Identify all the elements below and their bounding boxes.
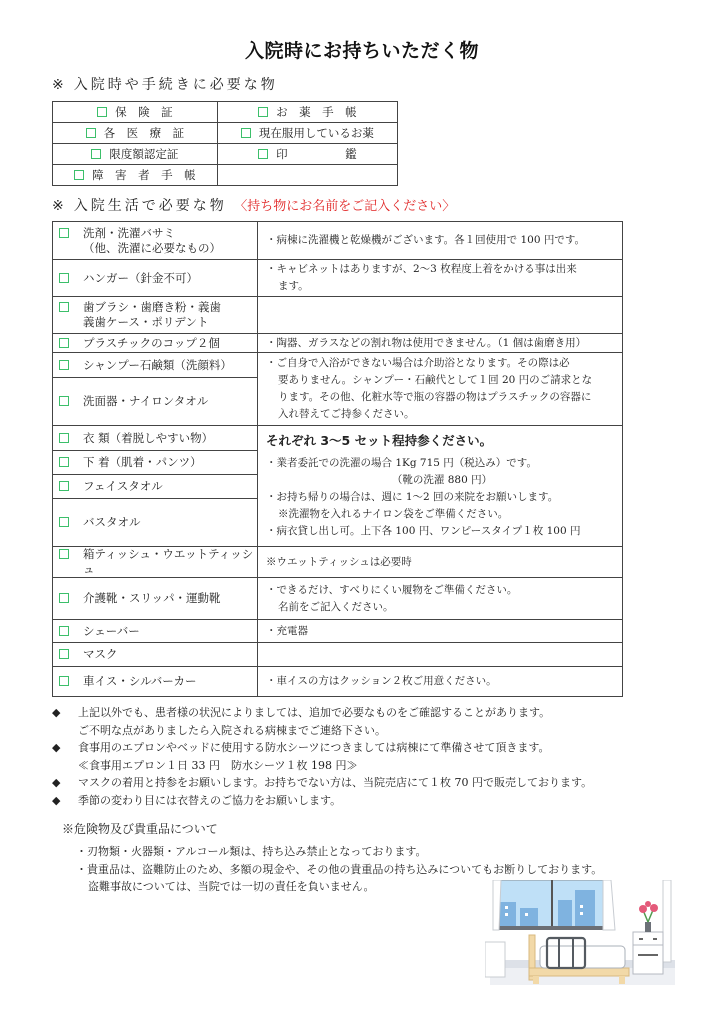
diamond-icon: ◆ (52, 704, 78, 739)
checkbox-icon[interactable] (258, 149, 268, 159)
table-row: 洗剤・洗濯バサミ（他、洗濯に必要なもの） ・病棟に洗濯機と乾燥機がございます。各… (53, 222, 623, 260)
diamond-icon: ◆ (52, 792, 78, 810)
item-label: プラスチックのコップ２個 (83, 336, 220, 351)
item-label: 印 鑑 (276, 147, 357, 161)
note-text: ります。その他、化粧水等で瓶の容器の物はプラスチックの容器に (266, 389, 618, 406)
item-label: 介護靴・スリッパ・運動靴 (83, 591, 221, 606)
item-cell[interactable]: 介護靴・スリッパ・運動靴 (53, 578, 258, 620)
checkbox-icon[interactable] (59, 649, 69, 659)
item-cell[interactable]: バスタオル (53, 499, 258, 547)
section1-heading: ※入院時や手続きに必要な物 (52, 74, 278, 94)
valuables-line: ・刃物類・火器類・アルコール類は、持ち込み禁止となっております。 (76, 843, 716, 861)
item-label: 限度額認定証 (109, 147, 178, 161)
item-cell[interactable]: ハンガー（針金不可） (53, 260, 258, 297)
item-label: 衣 類（着脱しやすい物） (83, 431, 213, 446)
note-text: ・できるだけ、すべりにくい履物をご準備ください。 (266, 582, 618, 599)
valuables-line: ・貴重品は、盗難防止のため、多額の現金や、その他の貴重品の持ち込みについてもお断… (76, 861, 716, 879)
reference-mark: ※ (52, 198, 64, 214)
table-row: プラスチックのコップ２個 ・陶器、ガラスなどの割れ物は使用できません。（1 個は… (53, 334, 623, 353)
note-cell: それぞれ 3〜5 セット程持参ください。 ・業者委託での洗濯の場合 1Kg 71… (258, 426, 623, 547)
item-cell[interactable]: プラスチックのコップ２個 (53, 334, 258, 353)
table-row: 限度額認定証 印 鑑 (53, 144, 398, 165)
note-text: 名前をご記入ください。 (266, 599, 618, 616)
item-cell[interactable]: 箱ティッシュ・ウエットティッシュ (53, 547, 258, 578)
note-text: （靴の洗濯 880 円） (266, 472, 618, 489)
table-row: シャンプー石鹸類（洗顔料） ・ご自身で入浴ができない場合は介助浴となります。その… (53, 353, 623, 378)
notice-item: ◆マスクの着用と持参をお願いします。お持ちでない方は、当院売店にて１枚 70 円… (52, 774, 692, 792)
note-text: ・ご自身で入浴ができない場合は介助浴となります。その際は必 (266, 355, 618, 372)
checkbox-icon[interactable] (59, 457, 69, 467)
note-text: ・陶器、ガラスなどの割れ物は使用できません。（1 個は歯磨き用） (266, 337, 586, 349)
checkbox-icon[interactable] (59, 338, 69, 348)
table-cell[interactable]: 印 鑑 (217, 144, 397, 165)
checkbox-icon[interactable] (97, 107, 107, 117)
item-label: 現在服用しているお薬 (259, 126, 374, 140)
item-cell[interactable]: マスク (53, 643, 258, 667)
notice-text: 食事用のエプロンやベッドに使用する防水シーツにつきましては病棟にて準備させて頂き… (78, 739, 549, 757)
note-cell: ・キャビネットはありますが、2〜3 枚程度上着をかける事は出来ます。 (258, 260, 623, 297)
note-cell: ※ウエットティッシュは必要時 (258, 547, 623, 578)
note-text: ・病棟に洗濯機と乾燥機がございます。各１回使用で 100 円です。 (266, 234, 585, 246)
note-text: ・車イスの方はクッション２枚ご用意ください。 (266, 675, 497, 687)
note-cell (258, 297, 623, 334)
item-cell[interactable]: 歯ブラシ・歯磨き粉・義歯義歯ケース・ポリデント (53, 297, 258, 334)
checkbox-icon[interactable] (59, 433, 69, 443)
item-cell[interactable]: フェイスタオル (53, 475, 258, 499)
table-row: 障 害 者 手 帳 (53, 165, 398, 186)
note-emphasis: それぞれ 3〜5 セット程持参ください。 (266, 432, 618, 449)
notice-text: マスクの着用と持参をお願いします。お持ちでない方は、当院売店にて１枚 70 円で… (78, 774, 592, 792)
note-text: ・業者委託での洗濯の場合 1Kg 715 円（税込み）です。 (266, 455, 618, 472)
note-text: ・充電器 (266, 625, 308, 637)
item-cell[interactable]: 下 着（肌着・パンツ） (53, 451, 258, 475)
note-cell: ・車イスの方はクッション２枚ご用意ください。 (258, 667, 623, 697)
notice-item: ◆上記以外でも、患者様の状況によりましては、追加で必要なものをご確認することがあ… (52, 704, 692, 739)
note-cell: ・充電器 (258, 620, 623, 643)
item-cell[interactable]: 洗面器・ナイロンタオル (53, 378, 258, 426)
table-cell[interactable]: 障 害 者 手 帳 (53, 165, 218, 186)
checkbox-icon[interactable] (59, 228, 69, 238)
note-text: ※洗濯物を入れるナイロン袋をご準備ください。 (266, 506, 618, 523)
checkbox-icon[interactable] (59, 593, 69, 603)
note-text: ・キャビネットはありますが、2〜3 枚程度上着をかける事は出来 (266, 261, 618, 278)
table-cell[interactable]: 各 医 療 証 (53, 123, 218, 144)
item-label: バスタオル (83, 515, 141, 530)
item-label: 下 着（肌着・パンツ） (83, 455, 202, 470)
item-cell[interactable]: 衣 類（着脱しやすい物） (53, 426, 258, 451)
table-row: 車イス・シルバーカー ・車イスの方はクッション２枚ご用意ください。 (53, 667, 623, 697)
note-text: ・病衣貸し出し可。上下各 100 円、ワンピースタイプ１枚 100 円 (266, 523, 618, 540)
table-row: ハンガー（針金不可） ・キャビネットはありますが、2〜3 枚程度上着をかける事は… (53, 260, 623, 297)
checkbox-icon[interactable] (91, 149, 101, 159)
table-row: 各 医 療 証 現在服用しているお薬 (53, 123, 398, 144)
table-row: 保 険 証 お 薬 手 帳 (53, 102, 398, 123)
checkbox-icon[interactable] (59, 549, 69, 559)
note-cell: ・ご自身で入浴ができない場合は介助浴となります。その際は必 要ありません。シャン… (258, 353, 623, 426)
checkbox-icon[interactable] (258, 107, 268, 117)
section2-heading: ※入院生活で必要な物 〈持ち物にお名前をご記入ください〉 (52, 195, 455, 215)
checkbox-icon[interactable] (59, 302, 69, 312)
hospital-life-items-table: 洗剤・洗濯バサミ（他、洗濯に必要なもの） ・病棟に洗濯機と乾燥機がございます。各… (52, 221, 623, 697)
note-cell: ・病棟に洗濯機と乾燥機がございます。各１回使用で 100 円です。 (258, 222, 623, 260)
item-cell[interactable]: 車イス・シルバーカー (53, 667, 258, 697)
note-text: ・お持ち帰りの場合は、週に 1〜2 回の来院をお願いします。 (266, 489, 618, 506)
table-cell[interactable]: 現在服用しているお薬 (217, 123, 397, 144)
section1-heading-text: 入院時や手続きに必要な物 (74, 77, 278, 93)
note-cell: ・できるだけ、すべりにくい履物をご準備ください。名前をご記入ください。 (258, 578, 623, 620)
item-label: 箱ティッシュ・ウエットティッシュ (83, 547, 257, 577)
item-label: ハンガー（針金不可） (83, 271, 198, 286)
item-cell[interactable]: シェーバー (53, 620, 258, 643)
table-row: 介護靴・スリッパ・運動靴 ・できるだけ、すべりにくい履物をご準備ください。名前を… (53, 578, 623, 620)
item-sublabel: （他、洗濯に必要なもの） (83, 241, 221, 256)
notice-text: 季節の変わり目には衣替えのご協力をお願いします。 (78, 792, 341, 810)
item-label: マスク (83, 647, 118, 662)
notice-text: ご不明な点がありましたら入院される病棟までご連絡下さい。 (78, 722, 550, 740)
checkbox-icon[interactable] (74, 170, 84, 180)
table-row: シェーバー ・充電器 (53, 620, 623, 643)
item-cell[interactable]: シャンプー石鹸類（洗顔料） (53, 353, 258, 378)
empty-cell (217, 165, 397, 186)
hospital-room-illustration (485, 880, 675, 990)
notice-text: ≪食事用エプロン１日 33 円 防水シーツ１枚 198 円≫ (78, 757, 549, 775)
item-label: シャンプー石鹸類（洗顔料） (83, 358, 232, 373)
reference-mark: ※ (52, 77, 64, 93)
notice-item: ◆食事用のエプロンやベッドに使用する防水シーツにつきましては病棟にて準備させて頂… (52, 739, 692, 774)
note-cell (258, 643, 623, 667)
note-cell: ・陶器、ガラスなどの割れ物は使用できません。（1 個は歯磨き用） (258, 334, 623, 353)
table-cell[interactable]: 保 険 証 (53, 102, 218, 123)
table-row: マスク (53, 643, 623, 667)
item-label: 各 医 療 証 (104, 126, 185, 140)
item-label: 歯ブラシ・歯磨き粉・義歯 (83, 300, 221, 315)
item-label: 保 険 証 (115, 105, 173, 119)
item-label: フェイスタオル (83, 479, 163, 494)
checkbox-icon[interactable] (59, 396, 69, 406)
note-text: ます。 (266, 278, 618, 295)
note-text: 要ありません。シャンプー・石鹸代として１回 20 円のご請求とな (266, 372, 618, 389)
item-label: シェーバー (83, 624, 140, 639)
section2-heading-text: 入院生活で必要な物 (74, 198, 227, 214)
checkbox-icon[interactable] (59, 481, 69, 491)
note-text: 入れ替えてご持参ください。 (266, 406, 618, 423)
diamond-icon: ◆ (52, 774, 78, 792)
valuables-heading: ※危険物及び貴重品について (62, 820, 218, 837)
checkbox-icon[interactable] (59, 626, 69, 636)
table-cell[interactable]: お 薬 手 帳 (217, 102, 397, 123)
table-cell[interactable]: 限度額認定証 (53, 144, 218, 165)
note-text: ※ウエットティッシュは必要時 (266, 556, 412, 568)
checkbox-icon[interactable] (59, 273, 69, 283)
item-label: 障 害 者 手 帳 (92, 168, 196, 182)
notice-list: ◆上記以外でも、患者様の状況によりましては、追加で必要なものをご確認することがあ… (52, 704, 692, 809)
table-row: 衣 類（着脱しやすい物） それぞれ 3〜5 セット程持参ください。 ・業者委託で… (53, 426, 623, 451)
checkbox-icon[interactable] (59, 517, 69, 527)
item-label: 洗面器・ナイロンタオル (83, 394, 208, 409)
table-row: 箱ティッシュ・ウエットティッシュ ※ウエットティッシュは必要時 (53, 547, 623, 578)
table-row: 歯ブラシ・歯磨き粉・義歯義歯ケース・ポリデント (53, 297, 623, 334)
checkbox-icon[interactable] (241, 128, 251, 138)
checkbox-icon[interactable] (86, 128, 96, 138)
page-title: 入院時にお持ちいただく物 (0, 36, 724, 63)
item-label: 車イス・シルバーカー (83, 674, 197, 689)
diamond-icon: ◆ (52, 739, 78, 774)
notice-text: 上記以外でも、患者様の状況によりましては、追加で必要なものをご確認することがあり… (78, 704, 550, 722)
checkbox-icon[interactable] (59, 360, 69, 370)
name-label-note: 〈持ち物にお名前をご記入ください〉 (234, 199, 455, 214)
checkbox-icon[interactable] (59, 676, 69, 686)
item-label: お 薬 手 帳 (276, 105, 357, 119)
item-sublabel: 義歯ケース・ポリデント (83, 315, 221, 330)
item-label: 洗剤・洗濯バサミ (83, 226, 221, 241)
item-cell[interactable]: 洗剤・洗濯バサミ（他、洗濯に必要なもの） (53, 222, 258, 260)
admission-docs-table: 保 険 証 お 薬 手 帳 各 医 療 証 現在服用しているお薬 限度額認定証 … (52, 101, 398, 186)
notice-item: ◆季節の変わり目には衣替えのご協力をお願いします。 (52, 792, 692, 810)
